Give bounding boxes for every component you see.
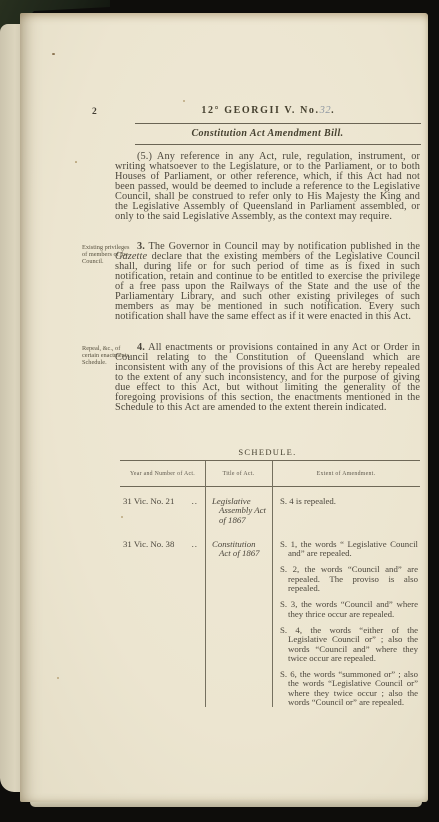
year-text: 31 Vic. No. 21 [123, 497, 174, 506]
year-and-number-cell: 31 Vic. No. 38.. [120, 540, 205, 549]
act-title-cell: Legislative Assembly Act of 1867 [205, 497, 272, 525]
horizontal-rule [135, 144, 421, 145]
clause-5-text: (5.) Any reference in any Act, rule, reg… [115, 151, 420, 222]
book-page: 2 12° GEORGII V. No.32. Constitution Act… [20, 13, 428, 802]
foxing-speck [75, 161, 77, 163]
running-title: Constitution Act Amendment Bill. [115, 128, 420, 139]
table-column-separator [272, 461, 273, 707]
table-body: 31 Vic. No. 21..Legislative Assembly Act… [120, 487, 420, 707]
table-row: 31 Vic. No. 21..Legislative Assembly Act… [120, 497, 420, 525]
section-3-paragraph: 3. The Governor in Council may by notifi… [115, 242, 420, 322]
table-column-separator [205, 461, 206, 707]
amendment-cell: S. 1, the words “ Legislative Council an… [272, 540, 420, 707]
amendment-paragraph: S. 2, the words “Council and” are repeal… [280, 565, 418, 593]
horizontal-rule [135, 123, 421, 124]
section-4-text: All enactments or provisions contained i… [115, 342, 420, 413]
volume-header-text: 12° GEORGII V. No. [201, 105, 319, 116]
year-and-number-cell: 31 Vic. No. 21.. [120, 497, 205, 506]
foxing-speck [183, 100, 185, 102]
amendment-paragraph: S. 1, the words “ Legislative Council an… [280, 540, 418, 559]
pencil-act-number: 32 [320, 105, 332, 116]
schedule-table: Year and Number of Act. Title of Act. Ex… [120, 460, 420, 707]
amendment-cell: S. 4 is repealed. [272, 497, 420, 506]
amendment-paragraph: S. 3, the words “Council and” where they… [280, 600, 418, 619]
year-text: 31 Vic. No. 38 [123, 540, 174, 549]
ditto-dots: .. [192, 540, 198, 549]
volume-header: 12° GEORGII V. No.32. [115, 105, 420, 116]
column-header-extent: Extent of Amendment. [272, 471, 420, 477]
column-header-year: Year and Number of Act. [120, 471, 205, 477]
act-number-suffix: . [331, 105, 334, 116]
act-title-cell: Constitution Act of 1867 [205, 540, 272, 559]
table-row: 31 Vic. No. 38..Constitution Act of 1867… [120, 540, 420, 707]
clause-5-paragraph: (5.) Any reference in any Act, rule, reg… [115, 152, 420, 222]
ditto-dots: .. [192, 497, 198, 506]
table-header-row: Year and Number of Act. Title of Act. Ex… [120, 461, 420, 487]
section-4-paragraph: 4. All enactments or provisions containe… [115, 343, 420, 413]
burn-mark [52, 53, 55, 55]
page-number: 2 [92, 107, 97, 117]
schedule-heading: SCHEDULE. [115, 447, 420, 457]
amendment-paragraph: S. 4, the words “either of the Legislati… [280, 626, 418, 663]
foxing-speck [57, 677, 59, 679]
column-header-title: Title of Act. [205, 471, 272, 477]
amendment-paragraph: S. 4 is repealed. [280, 497, 418, 506]
amendment-paragraph: S. 6, the words “summoned or” ; also the… [280, 670, 418, 707]
section-3-text-after: declare that the existing members of the… [115, 251, 420, 322]
scanned-book-photo: 2 12° GEORGII V. No.32. Constitution Act… [0, 0, 439, 822]
